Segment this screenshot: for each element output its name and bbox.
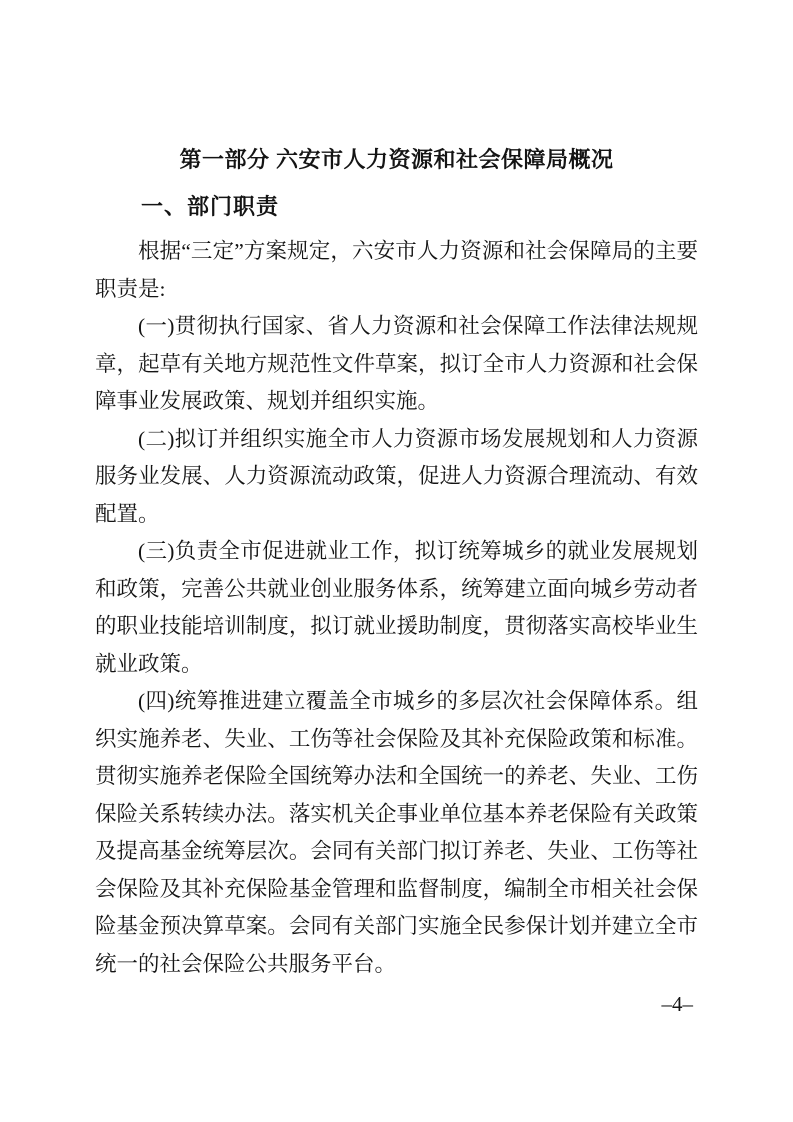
section-heading: 一、部门职责 <box>95 194 698 220</box>
body-paragraph-item-1: (一)贯彻执行国家、省人力资源和社会保障工作法律法规规章，起草有关地方规范性文件… <box>95 308 698 421</box>
body-paragraph-item-4: (四)统筹推进建立覆盖全市城乡的多层次社会保障体系。组织实施养老、失业、工伤等社… <box>95 683 698 983</box>
body-text: 根据“三定”方案规定，六安市人力资源和社会保障局的主要职责是: (一)贯彻执行国… <box>95 233 698 983</box>
body-paragraph-item-3: (三)负责全市促进就业工作，拟订统筹城乡的就业发展规划和政策，完善公共就业创业服… <box>95 533 698 683</box>
page-number: –4– <box>662 992 694 1016</box>
document-page: 第一部分 六安市人力资源和社会保障局概况 一、部门职责 根据“三定”方案规定，六… <box>0 0 793 1122</box>
document-content: 第一部分 六安市人力资源和社会保障局概况 一、部门职责 根据“三定”方案规定，六… <box>95 147 698 983</box>
body-paragraph-intro: 根据“三定”方案规定，六安市人力资源和社会保障局的主要职责是: <box>95 233 698 308</box>
document-title: 第一部分 六安市人力资源和社会保障局概况 <box>95 147 698 173</box>
body-paragraph-item-2: (二)拟订并组织实施全市人力资源市场发展规划和人力资源服务业发展、人力资源流动政… <box>95 421 698 534</box>
